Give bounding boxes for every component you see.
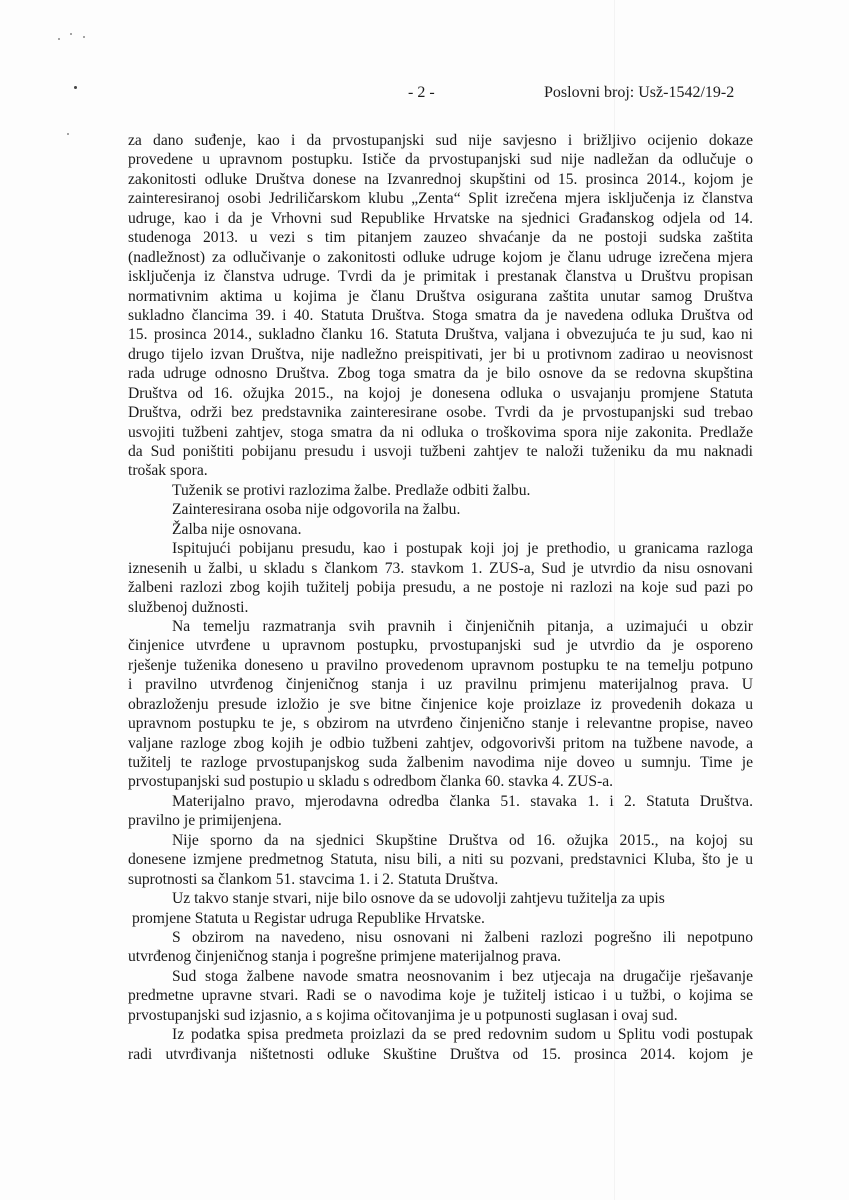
text-line: trošak spora. [128,461,753,480]
text-line: službenoj dužnosti. [128,598,753,617]
scan-speck [67,133,69,135]
text-line: rješenje tuženika doneseno u pravilno pr… [128,656,753,675]
text-line: zakonitosti odluke Društva donese na Izv… [128,170,753,189]
text-line: normativnim aktima u kojima je članu Dru… [128,287,753,306]
text-line: rada udruge odnosno Društva. Zbog toga s… [128,364,753,383]
text-line: 15. prosinca 2014., sukladno članku 16. … [128,325,753,344]
text-line: Sud stoga žalbene navode smatra neosnova… [128,967,753,986]
text-line: sukladno člancima 39. i 40. Statuta Druš… [128,306,753,325]
text-line: Materijalno pravo, mjerodavna odredba čl… [128,792,753,811]
text-line: pravilno je primijenjena. [128,811,753,830]
text-line: Iz podatka spisa predmeta proizlazi da s… [128,1025,753,1044]
text-line: Zainteresirana osoba nije odgovorila na … [128,500,753,519]
text-line: utvrđenog činjeničnog stanja i pogrešne … [128,947,753,966]
page-header: - 2 - Poslovni broj: Usž-1542/19-2 [0,82,849,106]
text-line: valjane razloge zbog kojih je odbio tužb… [128,734,753,753]
text-line: iznesenih u žalbi, u skladu s člankom 73… [128,559,753,578]
text-line: S obzirom na navedeno, nisu osnovani ni … [128,928,753,947]
text-line: provedene u upravnom postupku. Ističe da… [128,150,753,169]
text-line: zainteresiranoj osobi Jedriličarskom klu… [128,189,753,208]
text-line: (nadležnost) za odlučivanje o zakonitost… [128,248,753,267]
text-line: isključenja iz članstva udruge. Tvrdi da… [128,267,753,286]
scan-speck [83,36,85,38]
case-number: Poslovni broj: Usž-1542/19-2 [544,84,734,102]
text-line: da Sud poništiti pobijanu presudu i usvo… [128,442,753,461]
text-line: Uz takvo stanje stvari, nije bilo osnove… [128,889,753,908]
text-line: Društva, održi bez predstavnika zaintere… [128,403,753,422]
text-line: promjene Statuta u Registar udruga Repub… [128,909,753,928]
text-line: udruge, kao i da je Vrhovni sud Republik… [128,209,753,228]
text-line: drugo tijelo izvan Društva, nije nadležn… [128,345,753,364]
scan-speck [70,33,72,35]
scan-speck [58,38,60,40]
text-line: donesene izmjene predmetnog Statuta, nis… [128,850,753,869]
text-line: Na temelju razmatranja svih pravnih i či… [128,617,753,636]
text-line: za dano suđenje, kao i da prvostupanjski… [128,131,753,150]
document-page: - 2 - Poslovni broj: Usž-1542/19-2 za da… [0,0,849,1200]
text-line: predmetne upravne stvari. Radi se o navo… [128,986,753,1005]
text-line: radi utvrđivanja ništetnosti odluke Skuš… [128,1045,753,1064]
text-line: upravnom postupku te je, s obzirom na ut… [128,714,753,733]
text-line: Tuženik se protivi razlozima žalbe. Pred… [128,481,753,500]
text-line: Ispitujući pobijanu presudu, kao i postu… [128,539,753,558]
document-body: za dano suđenje, kao i da prvostupanjski… [128,131,753,1064]
text-line: Žalba nije osnovana. [128,520,753,539]
text-line: i pravilno utvrđenog činjeničnog stanja … [128,675,753,694]
text-line: suprotnosti sa člankom 51. stavcima 1. i… [128,870,753,889]
page-number: - 2 - [408,84,435,102]
text-line: prvostupanjski sud postupio u skladu s o… [128,772,753,791]
text-line: studenoga 2013. u vezi s tim pitanjem za… [128,228,753,247]
text-line: žalbeni razlozi zbog kojih tužitelj pobi… [128,578,753,597]
text-line: Nije sporno da na sjednici Skupštine Dru… [128,831,753,850]
text-line: prvostupanjski sud izjasnio, a s kojima … [128,1006,753,1025]
text-line: činjenice utvrđene u upravnom postupku, … [128,636,753,655]
text-line: usvojiti tužbeni zahtjev, stoga smatra d… [128,423,753,442]
text-line: Društva od 16. ožujka 2015., na kojoj je… [128,384,753,403]
text-line: obrazloženju presude izložio je sve bitn… [128,695,753,714]
text-line: tužitelj te razloge prvostupanjskog suda… [128,753,753,772]
